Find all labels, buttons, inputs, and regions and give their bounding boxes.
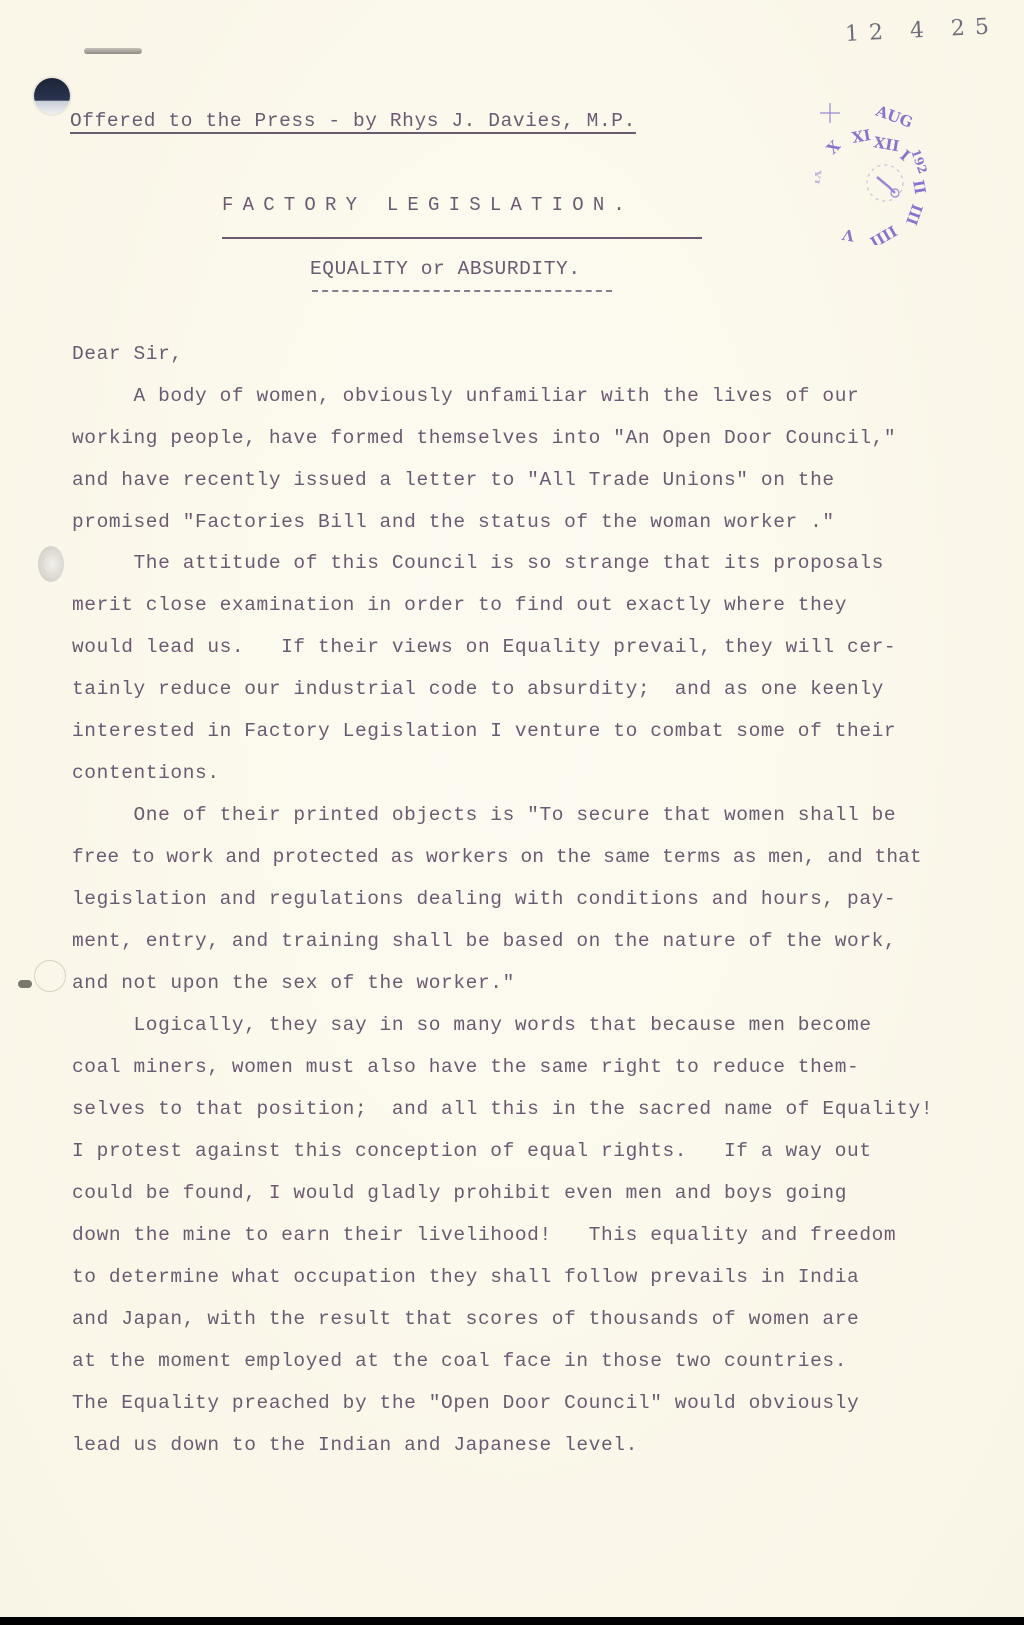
body-line: working people, have formed themselves i… — [72, 427, 896, 449]
subtitle-dashed-rule — [312, 290, 612, 292]
svg-text:III: III — [902, 202, 926, 228]
letter-page: 12 4 25 AUG XI XII I 192 II III IIII V X… — [0, 0, 1024, 1625]
body-line: and have recently issued a letter to "Al… — [72, 469, 835, 491]
body-line: I protest against this conception of equ… — [72, 1140, 872, 1162]
body-line: One of their printed objects is "To secu… — [72, 804, 896, 826]
svg-text:V: V — [841, 225, 857, 245]
body-line: selves to that position; and all this in… — [72, 1098, 933, 1120]
title-underline — [222, 237, 702, 239]
salutation: Dear Sir, — [72, 343, 183, 365]
body-line: coal miners, women must also have the sa… — [72, 1056, 859, 1078]
body-line: interested in Factory Legislation I vent… — [72, 720, 896, 742]
body-line: free to work and protected as workers on… — [72, 846, 922, 868]
handwritten-date-note: 12 4 25 — [844, 14, 999, 47]
punch-hole-icon — [38, 546, 64, 582]
body-line: could be found, I would gladly prohibit … — [72, 1182, 847, 1204]
date-stamp: AUG XI XII I 192 II III IIII V X IX — [815, 95, 965, 245]
body-line: at the moment employed at the coal face … — [72, 1350, 847, 1372]
body-line: contentions. — [72, 762, 220, 784]
body-line: promised "Factories Bill and the status … — [72, 511, 835, 533]
document-subtitle: EQUALITY or ABSURDITY. — [310, 258, 581, 280]
body-line: tainly reduce our industrial code to abs… — [72, 678, 884, 700]
staple-mark — [18, 980, 32, 988]
document-title: FACTORY LEGISLATION. — [222, 194, 634, 216]
body-line: legislation and regulations dealing with… — [72, 888, 896, 910]
svg-text:IX: IX — [815, 168, 825, 186]
svg-text:XII: XII — [872, 133, 900, 155]
body-line: lead us down to the Indian and Japanese … — [72, 1434, 638, 1456]
body-line: The Equality preached by the "Open Door … — [72, 1392, 859, 1414]
body-line: to determine what occupation they shall … — [72, 1266, 859, 1288]
body-line: Logically, they say in so many words tha… — [72, 1014, 872, 1036]
body-line: would lead us. If their views on Equalit… — [72, 636, 896, 658]
svg-text:IIII: IIII — [867, 222, 900, 245]
svg-text:XI: XI — [851, 126, 872, 147]
punch-hole-icon — [34, 78, 70, 114]
svg-text:II: II — [909, 179, 929, 196]
body-line: A body of women, obviously unfamiliar wi… — [72, 385, 859, 407]
body-line: ment, entry, and training shall be based… — [72, 930, 896, 952]
svg-text:192: 192 — [908, 147, 930, 175]
byline: Offered to the Press - by Rhys J. Davies… — [70, 110, 636, 132]
body-line: merit close examination in order to find… — [72, 594, 847, 616]
punch-hole-icon — [34, 960, 66, 992]
paper-clip-mark — [84, 48, 142, 54]
body-line: and Japan, with the result that scores o… — [72, 1308, 859, 1330]
clock-stamp-icon: AUG XI XII I 192 II III IIII V X IX — [815, 95, 965, 245]
body-line: The attitude of this Council is so stran… — [72, 552, 884, 574]
body-line: and not upon the sex of the worker." — [72, 972, 515, 994]
svg-text:AUG: AUG — [873, 102, 915, 132]
scan-bottom-border — [0, 1617, 1024, 1625]
svg-text:X: X — [823, 137, 844, 158]
body-line: down the mine to earn their livelihood! … — [72, 1224, 896, 1246]
